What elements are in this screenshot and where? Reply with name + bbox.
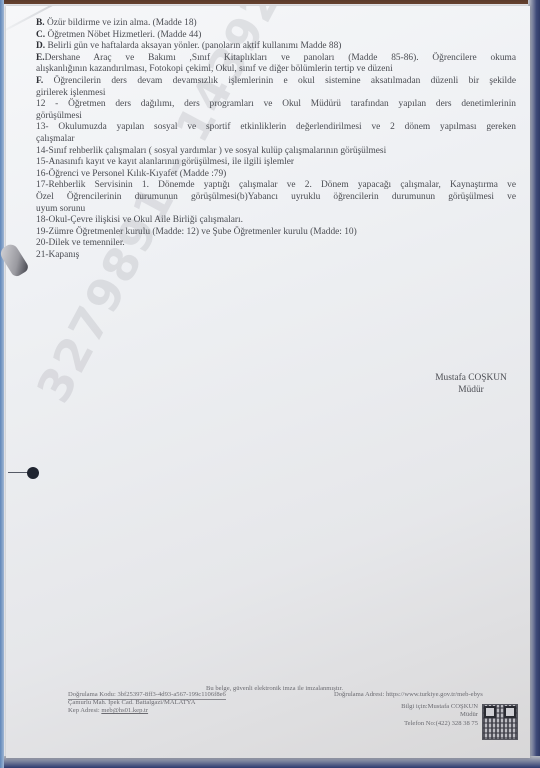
kep-label: Kep Adresi: <box>68 707 101 714</box>
qr-code-icon <box>482 704 518 740</box>
e-signature-note: Bu belge, güvenli elektronik imza ile im… <box>206 685 343 693</box>
punch-guide-mark <box>8 472 28 473</box>
contact-title: Müdür <box>388 711 478 719</box>
document-page: 3279891 - 1439279891 - 14392798 B. Özür … <box>6 6 530 758</box>
contact-name: Bilgi için:Mustafa COŞKUN <box>388 703 478 711</box>
verification-address[interactable]: Doğrulama Adresi: https://www.turkiye.go… <box>334 691 483 699</box>
contact-info: Bilgi için:Mustafa COŞKUN Müdür Telefon … <box>388 703 478 728</box>
kep-address: Kep Adresi: meb@hs01.kep.tr <box>68 707 148 715</box>
kep-link[interactable]: meb@hs01.kep.tr <box>101 707 148 714</box>
background-left-edge <box>0 0 4 768</box>
contact-phone: Telefon No:(422) 328 38 75 <box>388 720 478 728</box>
punch-hole-icon <box>27 467 39 479</box>
document-footer: Bu belge, güvenli elektronik imza ile im… <box>6 6 530 758</box>
